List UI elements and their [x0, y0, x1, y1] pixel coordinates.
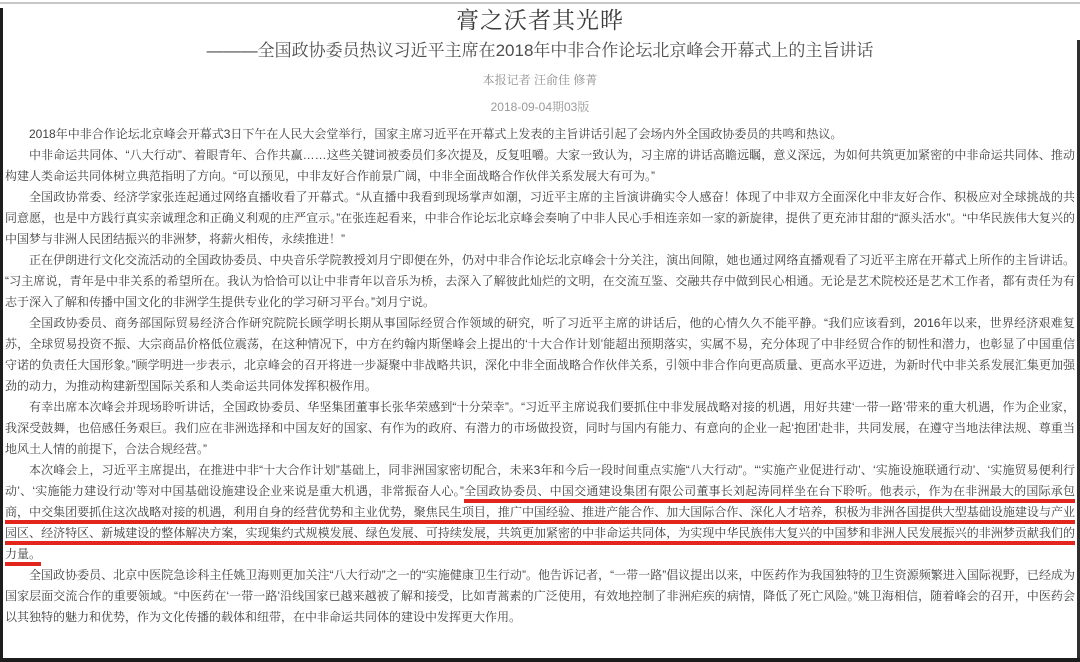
paragraph-2: 中非命运共同体、“八大行动”、着眼青年、合作共赢……这些关键词被委员们多次提及，…: [5, 145, 1075, 187]
top-divider: [0, 2, 1080, 4]
article-page: 膏之沃者其光晔 ———全国政协委员热议习近平主席在2018年中非合作论坛北京峰会…: [0, 0, 1080, 628]
paragraph-4: 正在伊朗进行文化交流活动的全国政协委员、中央音乐学院教授刘月宁即便在外，仍对中非…: [5, 250, 1075, 313]
left-frame-border: [0, 8, 3, 662]
article-subtitle: ———全国政协委员热议习近平主席在2018年中非合作论坛北京峰会开幕式上的主旨讲…: [0, 39, 1080, 63]
bottom-frame-border: [0, 658, 1080, 662]
paragraph-3: 全国政协常委、经济学家张连起通过网络直播收看了开幕式。“从直播中我看到现场掌声如…: [5, 187, 1075, 250]
paragraph-7: 本次峰会上，习近平主席提出，在推进中非“十大合作计划”基础上，同非洲国家密切配合…: [5, 460, 1075, 565]
article-header: 膏之沃者其光晔 ———全国政协委员热议习近平主席在2018年中非合作论坛北京峰会…: [0, 0, 1080, 115]
paragraph-1: 2018年中非合作论坛北京峰会开幕式3日下午在人民大会堂举行，国家主席习近平在开…: [5, 124, 1075, 145]
article-body: 2018年中非合作论坛北京峰会开幕式3日下午在人民大会堂举行，国家主席习近平在开…: [5, 124, 1075, 628]
article-title: 膏之沃者其光晔: [0, 6, 1080, 34]
paragraph-5: 全国政协委员、商务部国际贸易经济合作研究院院长顾学明长期从事国际经贸合作领域的研…: [5, 313, 1075, 397]
paragraph-6: 有幸出席本次峰会并现场聆听讲话，全国政协委员、华坚集团董事长张华荣感到“十分荣幸…: [5, 397, 1075, 460]
article-byline: 本报记者 汪俞佳 修菁: [0, 72, 1080, 88]
article-edition-date: 2018-09-04期03版: [0, 99, 1080, 115]
paragraph-8: 全国政协委员、北京中医院急诊科主任姚卫海则更加关注“八大行动”之一的“实施健康卫…: [5, 565, 1075, 628]
